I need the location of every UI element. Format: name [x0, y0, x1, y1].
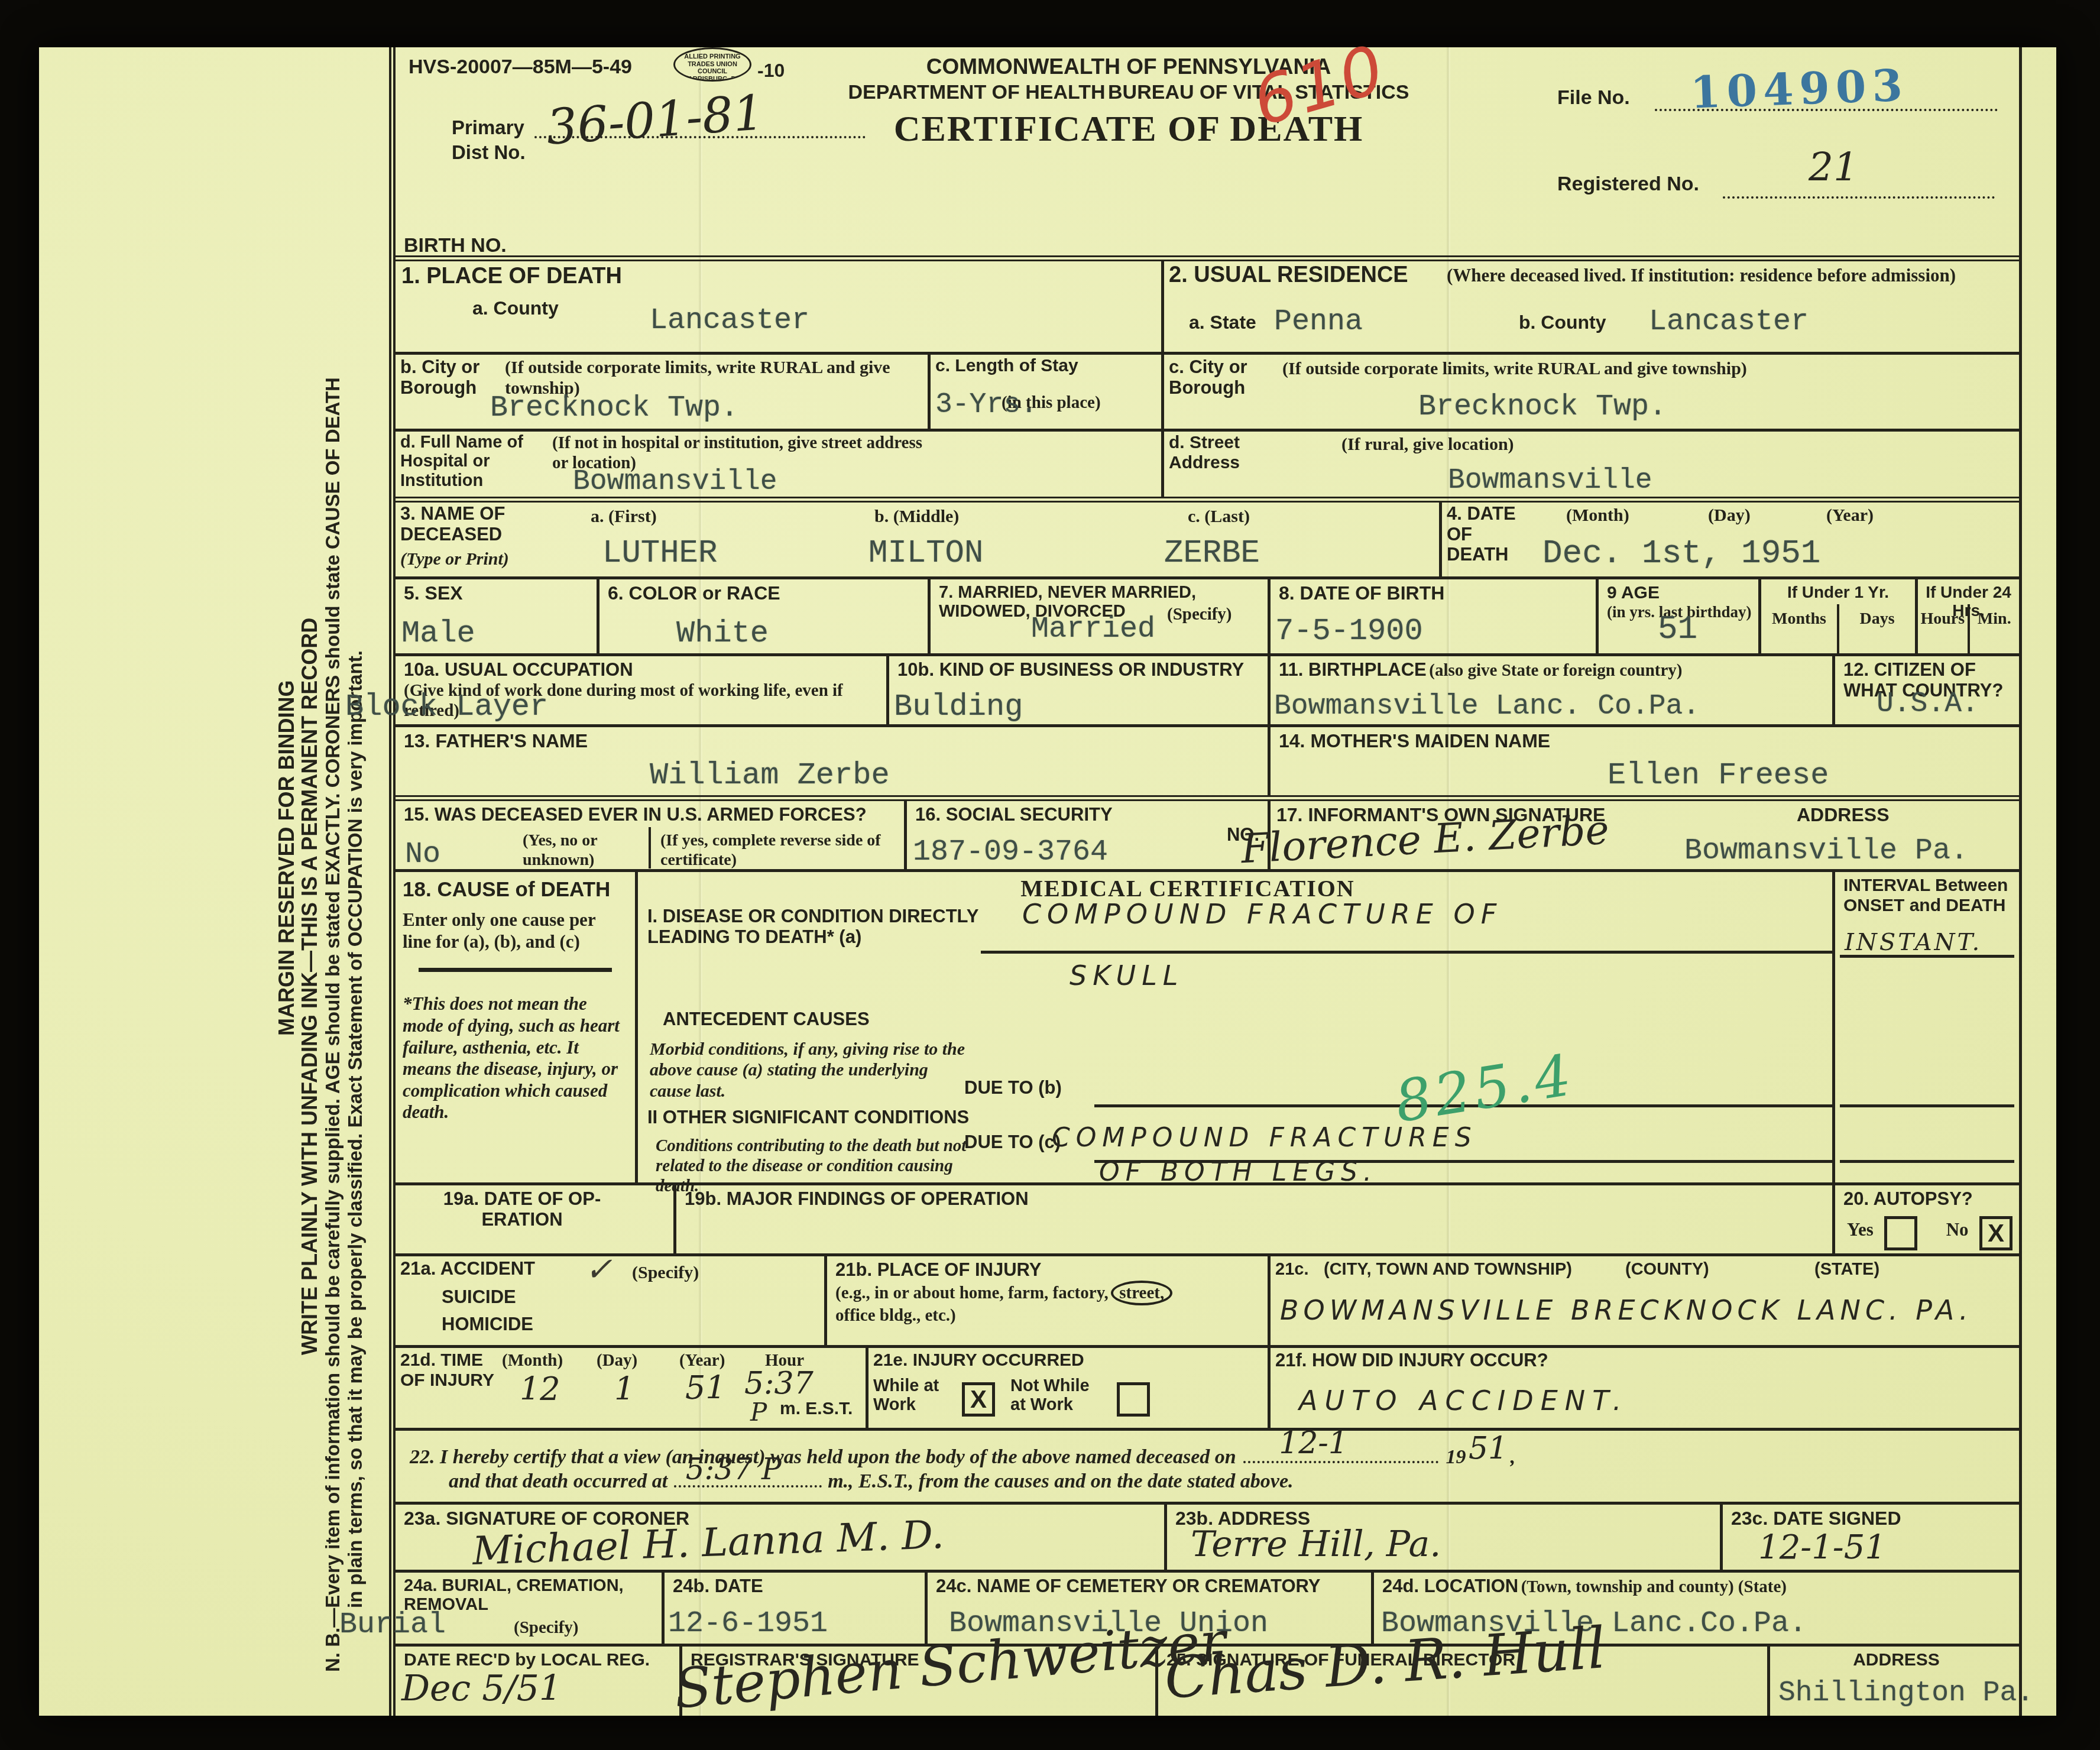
city-borough-label: b. City or Borough — [400, 357, 501, 398]
fd-address-value: Shillington Pa. — [1778, 1677, 2034, 1709]
injury-county-header: (COUNTY) — [1625, 1260, 1709, 1279]
age-value: 51 — [1658, 610, 1697, 648]
certificate-form: HVS-20007—85M—5-49 ALLIED PRINTING TRADE… — [389, 47, 2022, 1716]
file-no-stamp: 104903 — [1690, 60, 1910, 119]
injury-location-value: BOWMANSVILLE BRECKNOCK LANC. PA. — [1280, 1294, 1973, 1326]
usual-residence-cell: 2. USUAL RESIDENCE (Where deceased lived… — [1161, 261, 2019, 352]
autopsy-yes-label: Yes — [1847, 1219, 1874, 1241]
street-address-label: d. Street Address — [1169, 433, 1287, 472]
major-findings-cell: 19b. MAJOR FINDINGS OF OPERATION — [673, 1185, 1832, 1253]
time-of-injury-cell: 21d. TIME OF INJURY (Month) (Day) (Year)… — [396, 1348, 866, 1428]
ssn-cell: 16. SOCIAL SECURITY NO. 187-09-3764 — [904, 801, 1268, 869]
birthplace-note: (also give State or foreign country) — [1429, 660, 1682, 680]
injury-month-header: (Month) — [502, 1350, 563, 1370]
form-header: HVS-20007—85M—5-49 ALLIED PRINTING TRADE… — [396, 47, 2019, 231]
how-injury-occurred-value: AUTO ACCIDENT. — [1299, 1385, 1629, 1417]
ssn-label: 16. SOCIAL SECURITY — [915, 805, 1113, 825]
birth-no-row: BIRTH NO. — [396, 231, 2019, 261]
coroner-signature-cell: 23a. SIGNATURE OF CORONER Michael H. Lan… — [396, 1505, 1164, 1570]
father-name-value: William Zerbe — [650, 758, 890, 793]
margin-note-nb-1: N. B.—Every item of information should b… — [322, 377, 344, 1672]
place-of-death-label: 1. PLACE OF DEATH — [401, 264, 622, 289]
autopsy-cell: 20. AUTOPSY? Yes No X — [1832, 1185, 2019, 1253]
street-address-note: (If rural, give location) — [1341, 434, 1514, 455]
autopsy-options: Yes No X — [1847, 1216, 2012, 1250]
under-1yr-label: If Under 1 Yr. — [1761, 583, 1915, 601]
autopsy-yes-checkbox — [1884, 1216, 1917, 1250]
birthplace-label: 11. BIRTHPLACE — [1279, 660, 1427, 680]
age-cell: 9 AGE (in yrs. last birthday) 51 — [1596, 579, 1758, 653]
armed-forces-note2: (If yes, complete reverse side of certif… — [660, 831, 891, 870]
birth-no-label: BIRTH NO. — [404, 234, 507, 257]
city-borough-cell: b. City or Borough (If outside corporate… — [396, 355, 928, 429]
dist-no-value: 36-01-81 — [545, 85, 766, 155]
injury-day-value: 1 — [614, 1370, 634, 1408]
last-name-value: ZERBE — [1164, 536, 1260, 572]
place-of-injury-street-circled: street, — [1111, 1281, 1172, 1305]
street-address-cell: d. Street Address (If rural, give locati… — [1161, 432, 2019, 497]
place-of-injury-label: 21b. PLACE OF INJURY — [835, 1260, 1042, 1281]
date-received-label: DATE REC'D by LOCAL REG. — [404, 1650, 675, 1670]
burial-date-cell: 24b. DATE 12-6-1951 — [662, 1573, 925, 1644]
res-city-cell: c. City or Borough (If outside corporate… — [1161, 355, 2019, 429]
operation-autopsy-row: 19a. DATE OF OP-ERATION 19b. MAJOR FINDI… — [396, 1185, 2019, 1256]
under-1yr-split: Months Days — [1761, 604, 1915, 653]
place-residence-row-d: d. Full Name of Hospital or Institution … — [396, 432, 2019, 503]
accident-checkmark: ✓ — [585, 1250, 612, 1289]
interval-cell: INTERVAL Between ONSET and DEATH INSTANT… — [1832, 872, 2019, 1182]
name-of-deceased-cell: 3. NAME OF DECEASED (Type or Print) a. (… — [396, 503, 1439, 576]
sex-race-age-row: 5. SEX Male 6. COLOR or RACE White 7. MA… — [396, 579, 2019, 656]
occupation-cell: 10a. USUAL OCCUPATION (Give kind of work… — [396, 656, 886, 724]
funeral-director-cell: 25. SIGNATURE OF FUNERAL DIRECTOR Chas D… — [1155, 1647, 1767, 1716]
margin-note-ink: WRITE PLAINLY WITH UNFADING INK—THIS IS … — [297, 618, 322, 1355]
time-of-injury-label: 21d. TIME OF INJURY — [400, 1350, 495, 1390]
days-label: Days — [1837, 604, 1915, 653]
medical-certification-row: 18. CAUSE of DEATH Enter only one cause … — [396, 872, 2019, 1185]
rule-line — [981, 951, 1832, 954]
registered-no-value: 21 — [1809, 144, 1858, 190]
burial-date-label: 24b. DATE — [673, 1576, 763, 1597]
rule-line — [1840, 955, 2014, 958]
occupation-row: 10a. USUAL OCCUPATION (Give kind of work… — [396, 656, 2019, 727]
dod-month-header: (Month) — [1566, 505, 1629, 526]
street-address-value: Bowmansville — [1448, 465, 1652, 497]
industry-value: Bulding — [894, 689, 1023, 724]
date-of-death-cell: 4. DATE OF DEATH (Month) (Day) (Year) De… — [1439, 503, 2019, 576]
min-label: Min. — [1968, 604, 2020, 653]
length-of-stay-cell: c. Length of Stay (in this place) 3-Yrs. — [928, 355, 1161, 429]
place-residence-row-b: b. City or Borough (If outside corporate… — [396, 355, 2019, 432]
under-1yr-cell: If Under 1 Yr. Months Days — [1758, 579, 1915, 653]
injury-month-value: 12 — [520, 1370, 560, 1408]
injury-hour-value: 5:37 — [744, 1366, 814, 1401]
department-line: DEPARTMENT OF HEALTH — [848, 81, 1106, 103]
under-24hrs-split: Hours Min. — [1918, 604, 2019, 653]
registered-no-line — [1723, 196, 1995, 199]
certify-date-value: 12-1 — [1279, 1425, 1348, 1461]
not-while-at-work-checkbox — [1117, 1382, 1150, 1417]
date-of-operation-cell: 19a. DATE OF OP-ERATION — [396, 1185, 673, 1253]
injury-location-cell: 21c. (CITY, TOWN AND TOWNSHIP) (COUNTY) … — [1268, 1256, 2019, 1345]
injury-year-value: 51 — [685, 1369, 726, 1407]
burial-date-value: 12-6-1951 — [668, 1607, 828, 1641]
margin-note-nb-2: in plain terms, so that it may be proper… — [344, 650, 367, 1608]
other-conditions-label: II OTHER SIGNIFICANT CONDITIONS — [647, 1107, 978, 1128]
file-no-label: File No. — [1557, 86, 1630, 109]
res-county-value: Lancaster — [1649, 305, 1809, 339]
hospital-name-cell: d. Full Name of Hospital or Institution … — [396, 432, 1161, 497]
sex-cell: 5. SEX Male — [396, 579, 597, 653]
res-city-label: c. City or Borough — [1169, 357, 1275, 398]
while-at-work-label: While at Work — [873, 1376, 956, 1415]
specify-note: (Specify) — [632, 1262, 699, 1283]
registrar-signature-cell: REGISTRAR'S SIGNATURE Stephen Schweitzer — [679, 1647, 1155, 1716]
burial-type-cell: 24a. BURIAL, CREMATION, REMOVAL (Specify… — [396, 1573, 662, 1644]
informant-cell: 17. INFORMANT'S OWN SIGNATURE ADDRESS Fl… — [1268, 801, 2019, 869]
certify-year-prefix: 19 — [1446, 1446, 1466, 1469]
stamp-suffix: -10 — [757, 60, 785, 82]
industry-cell: 10b. KIND OF BUSINESS OR INDUSTRY Buldin… — [886, 656, 1268, 724]
injury-state-header: (STATE) — [1814, 1260, 1879, 1279]
cause-a-value: COMPOUND FRACTURE OF — [1022, 898, 1502, 930]
type-or-print-note: (Type or Print) — [400, 549, 509, 569]
coroner-address-cell: 23b. ADDRESS Terre Hill, Pa. — [1164, 1505, 1720, 1570]
date-received-cell: DATE REC'D by LOCAL REG. Dec 5/51 — [396, 1647, 679, 1716]
certify-time-value: 5:37 P — [686, 1452, 782, 1486]
marital-note: (Specify) — [1167, 604, 1232, 624]
armed-forces-note1: (Yes, no or unknown) — [523, 831, 641, 870]
parents-row: 13. FATHER'S NAME William Zerbe 14. MOTH… — [396, 727, 2019, 801]
green-code-annotation: 825.4 — [1391, 1042, 1579, 1135]
certificate-paper: MARGIN RESERVED FOR BINDING WRITE PLAINL… — [39, 47, 2056, 1716]
coroner-address-value: Terre Hill, Pa. — [1191, 1524, 1441, 1565]
autopsy-no-checkbox: X — [1979, 1216, 2012, 1250]
dod-day-header: (Day) — [1708, 505, 1751, 526]
coroner-certify-row: 22. I hereby certify that a view (an inq… — [396, 1431, 2019, 1505]
first-name-header: a. (First) — [591, 506, 657, 527]
morbid-conditions-note: Morbid conditions, if any, giving rise t… — [650, 1039, 972, 1101]
divider — [649, 827, 651, 868]
usual-residence-note: (Where deceased lived. If institution: r… — [1447, 265, 2008, 287]
date-received-value: Dec 5/51 — [401, 1668, 562, 1709]
county-label: a. County — [472, 298, 559, 319]
citizen-value: U.S.A. — [1877, 688, 1979, 720]
date-signed-cell: 23c. DATE SIGNED 12-1-51 — [1720, 1505, 2019, 1570]
cause-of-death-cell: 18. CAUSE of DEATH Enter only one cause … — [396, 872, 635, 1182]
time-of-injury-row: 21d. TIME OF INJURY (Month) (Day) (Year)… — [396, 1348, 2019, 1431]
place-residence-row-a: 1. PLACE OF DEATH a. County Lancaster 2.… — [396, 261, 2019, 355]
cemetery-location-label: 24d. LOCATION — [1382, 1576, 1518, 1597]
date-signed-value: 12-1-51 — [1758, 1528, 1886, 1567]
suicide-label: SUICIDE — [442, 1287, 516, 1308]
informant-address-label: ADDRESS — [1797, 805, 1889, 826]
certify-year-value: 51 — [1469, 1431, 1508, 1466]
while-at-work-checkbox: X — [962, 1382, 995, 1417]
place-of-death-cell: 1. PLACE OF DEATH a. County Lancaster — [396, 261, 1161, 352]
death-certificate-scan: MARGIN RESERVED FOR BINDING WRITE PLAINL… — [0, 0, 2100, 1750]
state-value: Penna — [1274, 305, 1363, 339]
margin-note-binding: MARGIN RESERVED FOR BINDING — [274, 680, 299, 1036]
accident-suicide-cell: 21a. ACCIDENT ✓ (Specify) SUICIDE HOMICI… — [396, 1256, 824, 1345]
injury-city-header: (CITY, TOWN AND TOWNSHIP) — [1324, 1260, 1572, 1279]
coroner-signature-row: 23a. SIGNATURE OF CORONER Michael H. Lan… — [396, 1505, 2019, 1573]
burial-specify-note: (Specify) — [514, 1618, 579, 1638]
injury-day-header: (Day) — [597, 1350, 637, 1370]
place-of-injury-note-post: office bldg., etc.) — [835, 1305, 956, 1326]
registrar-row: DATE REC'D by LOCAL REG. Dec 5/51 REGIST… — [396, 1647, 2019, 1716]
other-conditions-value-2: OF BOTH LEGS. — [1099, 1157, 1378, 1187]
rule-line — [1840, 1160, 2014, 1163]
industry-label: 10b. KIND OF BUSINESS OR INDUSTRY — [897, 660, 1263, 680]
funeral-director-address-cell: ADDRESS Shillington Pa. — [1767, 1647, 2019, 1716]
hospital-name-value: Bowmansville — [573, 466, 777, 498]
cause-of-death-label: 18. CAUSE of DEATH — [403, 878, 610, 901]
hours-label: Hours — [1918, 604, 1968, 653]
armed-forces-cell: 15. WAS DECEASED EVER IN U.S. ARMED FORC… — [396, 801, 904, 869]
marital-value: Married — [1031, 612, 1155, 646]
mother-name-cell: 14. MOTHER'S MAIDEN NAME Ellen Freese — [1268, 727, 2019, 795]
ssn-value: 187-09-3764 — [913, 835, 1108, 869]
age-label: 9 AGE — [1607, 583, 1660, 603]
father-name-label: 13. FATHER'S NAME — [404, 731, 588, 752]
form-number: HVS-20007—85M—5-49 — [409, 56, 632, 78]
occupation-value: Block Layer — [345, 689, 548, 724]
armed-forces-label: 15. WAS DECEASED EVER IN U.S. ARMED FORC… — [404, 805, 899, 825]
burial-type-value: Burial — [339, 1608, 446, 1642]
res-city-note: (If outside corporate limits, write RURA… — [1282, 358, 1962, 379]
armed-forces-value: No — [405, 838, 440, 871]
mother-name-label: 14. MOTHER'S MAIDEN NAME — [1279, 731, 1550, 752]
father-name-cell: 13. FATHER'S NAME William Zerbe — [396, 727, 1268, 795]
fd-address-label: ADDRESS — [1778, 1650, 2014, 1670]
sex-value: Male — [401, 616, 475, 651]
rule-line — [419, 968, 612, 972]
cemetery-name-label: 24c. NAME OF CEMETERY OR CREMATORY — [936, 1576, 1366, 1597]
dob-cell: 8. DATE OF BIRTH 7-5-1900 — [1268, 579, 1596, 653]
dod-year-header: (Year) — [1826, 505, 1874, 526]
injury-year-header: (Year) — [679, 1350, 725, 1370]
accident-label: 21a. ACCIDENT — [400, 1259, 535, 1279]
name-date-row: 3. NAME OF DECEASED (Type or Print) a. (… — [396, 503, 2019, 579]
autopsy-no-label: No — [1946, 1219, 1969, 1241]
res-city-value: Brecknock Twp. — [1418, 390, 1667, 424]
not-while-at-work-label: Not While at Work — [1010, 1376, 1105, 1415]
union-label-stamp: ALLIED PRINTING TRADES UNION COUNCIL HAR… — [673, 47, 751, 82]
race-label: 6. COLOR or RACE — [608, 583, 780, 604]
usual-residence-label: 2. USUAL RESIDENCE — [1169, 262, 1408, 288]
length-of-stay-label: c. Length of Stay — [935, 356, 1113, 376]
date-of-death-label: 4. DATE OF DEATH — [1447, 504, 1535, 565]
major-findings-label: 19b. MAJOR FINDINGS OF OPERATION — [685, 1189, 1029, 1210]
date-of-operation-label: 19a. DATE OF OP-ERATION — [439, 1189, 605, 1230]
hospital-name-label: d. Full Name of Hospital or Institution — [400, 433, 548, 490]
injury-occurred-cell: 21e. INJURY OCCURRED While at Work X Not… — [866, 1348, 1268, 1428]
place-of-injury-cell: 21b. PLACE OF INJURY (e.g., in or about … — [824, 1256, 1268, 1345]
injury-occurred-label: 21e. INJURY OCCURRED — [873, 1350, 1084, 1370]
certify-comma: , — [1511, 1446, 1516, 1469]
first-name-value: LUTHER — [602, 536, 717, 572]
dob-value: 7-5-1900 — [1275, 614, 1423, 649]
injury-ampm-value: P — [750, 1398, 767, 1427]
primary-label: Primary — [452, 117, 524, 139]
certify-line-1: 22. I hereby certify that a view (an inq… — [410, 1446, 1236, 1469]
registered-no-label: Registered No. — [1557, 173, 1699, 195]
interval-value: INSTANT. — [1845, 929, 1982, 956]
months-label: Months — [1761, 604, 1837, 653]
birthplace-cell: 11. BIRTHPLACE (also give State or forei… — [1268, 656, 1832, 724]
cause-a-value-2: SKULL — [1070, 960, 1184, 991]
due-to-b-label: DUE TO (b) — [964, 1078, 1062, 1098]
birthplace-value: Bowmansville Lanc. Co.Pa. — [1274, 691, 1700, 722]
cause-instructions-1: Enter only one cause per line for (a), (… — [403, 909, 628, 952]
marital-cell: 7. MARRIED, NEVER MARRIED, WIDOWED, DIVO… — [928, 579, 1268, 653]
how-injury-occurred-label: 21f. HOW DID INJURY OCCUR? — [1275, 1350, 1548, 1371]
res-county-label: b. County — [1519, 312, 1606, 333]
place-of-injury-note-pre: (e.g., in or about home, farm, factory, — [835, 1283, 1109, 1303]
middle-name-header: b. (Middle) — [874, 506, 959, 527]
race-value: White — [676, 616, 769, 651]
rule-line — [1840, 1104, 2014, 1107]
dob-label: 8. DATE OF BIRTH — [1279, 583, 1444, 604]
dist-no-label: Dist No. — [452, 142, 526, 164]
accident-row: 21a. ACCIDENT ✓ (Specify) SUICIDE HOMICI… — [396, 1256, 2019, 1348]
disease-condition-label: I. DISEASE OR CONDITION DIRECTLY LEADING… — [647, 906, 978, 947]
certify-line-2b: m., E.S.T., from the causes and on the d… — [828, 1470, 1293, 1493]
autopsy-label: 20. AUTOPSY? — [1843, 1189, 1973, 1210]
certify-statement-cell: 22. I hereby certify that a view (an inq… — [396, 1431, 2019, 1502]
last-name-header: c. (Last) — [1188, 506, 1250, 527]
certify-line-2a: and that death occurred at — [449, 1470, 667, 1493]
interval-label: INTERVAL Between ONSET and DEATH — [1843, 876, 2014, 915]
occupation-label: 10a. USUAL OCCUPATION — [404, 660, 633, 680]
under-24hrs-cell: If Under 24 Hrs. Hours Min. — [1915, 579, 2019, 653]
date-of-death-value: Dec. 1st, 1951 — [1542, 534, 1820, 572]
cemetery-location-note: (Town, township and county) (State) — [1521, 1577, 1787, 1597]
state-label: a. State — [1189, 312, 1256, 333]
informant-address-value: Bowmansville Pa. — [1684, 834, 1968, 868]
mother-name-value: Ellen Freese — [1608, 758, 1829, 793]
injury-location-prefix: 21c. — [1275, 1260, 1308, 1279]
medical-certification-cell: MEDICAL CERTIFICATION I. DISEASE OR COND… — [635, 872, 1832, 1182]
injury-est-label: m. E.S.T. — [780, 1399, 853, 1419]
how-injury-occurred-cell: 21f. HOW DID INJURY OCCUR? AUTO ACCIDENT… — [1268, 1348, 2019, 1428]
length-of-stay-value: 3-Yrs. — [935, 389, 1038, 421]
antecedent-causes-label: ANTECEDENT CAUSES — [663, 1009, 870, 1030]
name-of-deceased-label: 3. NAME OF DECEASED — [400, 504, 548, 545]
homicide-label: HOMICIDE — [442, 1314, 533, 1335]
middle-name-value: MILTON — [868, 536, 983, 572]
citizen-cell: 12. CITIZEN OF WHAT COUNTRY? U.S.A. — [1832, 656, 2019, 724]
race-cell: 6. COLOR or RACE White — [597, 579, 928, 653]
sex-label: 5. SEX — [404, 583, 463, 604]
county-value: Lancaster — [650, 304, 809, 338]
cause-instructions-2: *This does not mean the mode of dying, s… — [403, 993, 628, 1123]
forces-ssn-informant-row: 15. WAS DECEASED EVER IN U.S. ARMED FORC… — [396, 801, 2019, 872]
city-borough-value: Brecknock Twp. — [490, 391, 738, 425]
date-signed-label: 23c. DATE SIGNED — [1731, 1508, 1901, 1529]
